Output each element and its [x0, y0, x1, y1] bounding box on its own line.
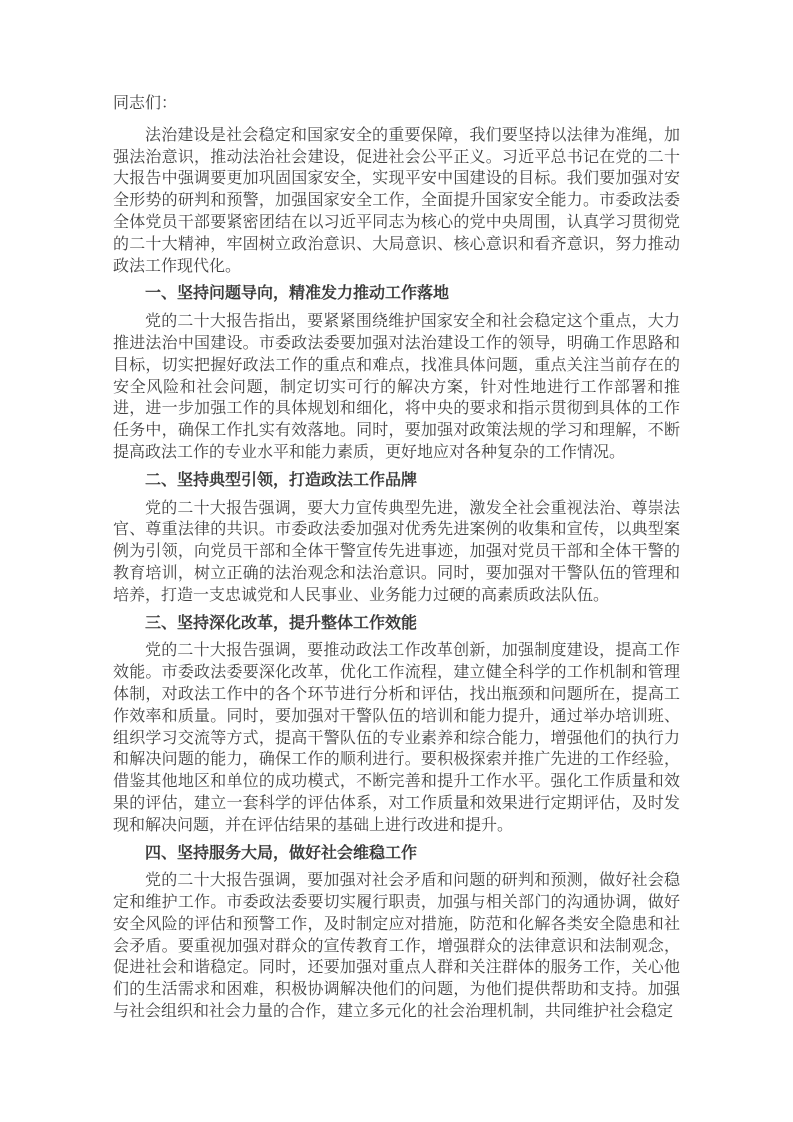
- paragraph-section-1: 党的二十大报告指出，要紧紧围绕维护国家安全和社会稳定这个重点，大力推进法治中国建…: [113, 311, 680, 464]
- paragraph-intro: 法治建设是社会稳定和国家安全的重要保障，我们要坚持以法律为准绳，加强法治意识，推…: [113, 125, 680, 278]
- heading-section-1: 一、坚持问题导向，精准发力推动工作落地: [113, 283, 680, 305]
- document-page: 同志们： 法治建设是社会稳定和国家安全的重要保障，我们要坚持以法律为准绳，加强法…: [0, 0, 793, 1122]
- paragraph-section-3: 党的二十大报告强调，要推动政法工作改革创新，加强制度建设，提高工作效能。市委政法…: [113, 640, 680, 836]
- paragraph-section-2: 党的二十大报告强调，要大力宣传典型先进，激发全社会重视法治、尊崇法官、尊重法律的…: [113, 498, 680, 607]
- salutation: 同志们：: [113, 93, 680, 115]
- heading-section-4: 四、坚持服务大局，做好社会维稳工作: [113, 843, 680, 865]
- heading-section-2: 二、坚持典型引领，打造政法工作品牌: [113, 470, 680, 492]
- heading-section-3: 三、坚持深化改革，提升整体工作效能: [113, 613, 680, 635]
- paragraph-section-4: 党的二十大报告强调，要加强对社会矛盾和问题的研判和预测，做好社会稳定和维护工作。…: [113, 870, 680, 1023]
